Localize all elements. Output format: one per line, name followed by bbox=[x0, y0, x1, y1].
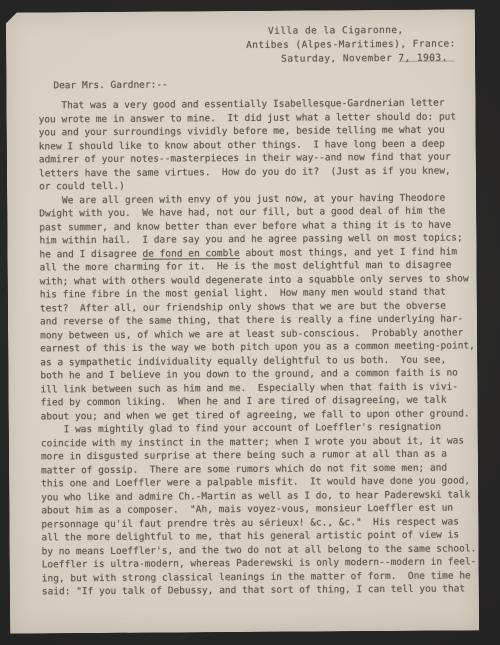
salutation: Dear Mrs. Gardner:-- bbox=[53, 79, 167, 93]
heading-date-line: Saturday, November 7, 1903. bbox=[281, 52, 448, 67]
paragraph-3: I was mightily glad to find your account… bbox=[41, 422, 477, 598]
underlined-french-phrase: de fond en comble bbox=[142, 248, 239, 260]
scanned-letter-background: Villa de la Cigaronne, Antibes (Alpes-Ma… bbox=[0, 0, 500, 645]
paragraph-1: That was a very good and essentially Isa… bbox=[38, 98, 456, 193]
heading-city-line: Antibes (Alpes-Maritimes), France: bbox=[246, 38, 456, 53]
paragraph-2-after-underline: about most things, and yet I find him al… bbox=[40, 246, 475, 422]
letter-heading: Villa de la Cigaronne, Antibes (Alpes-Ma… bbox=[6, 9, 475, 12]
letter-page: Villa de la Cigaronne, Antibes (Alpes-Ma… bbox=[6, 9, 479, 633]
heading-villa-line: Villa de la Cigaronne, bbox=[268, 24, 404, 38]
letter-body: That was a very good and essentially Isa… bbox=[38, 96, 476, 599]
